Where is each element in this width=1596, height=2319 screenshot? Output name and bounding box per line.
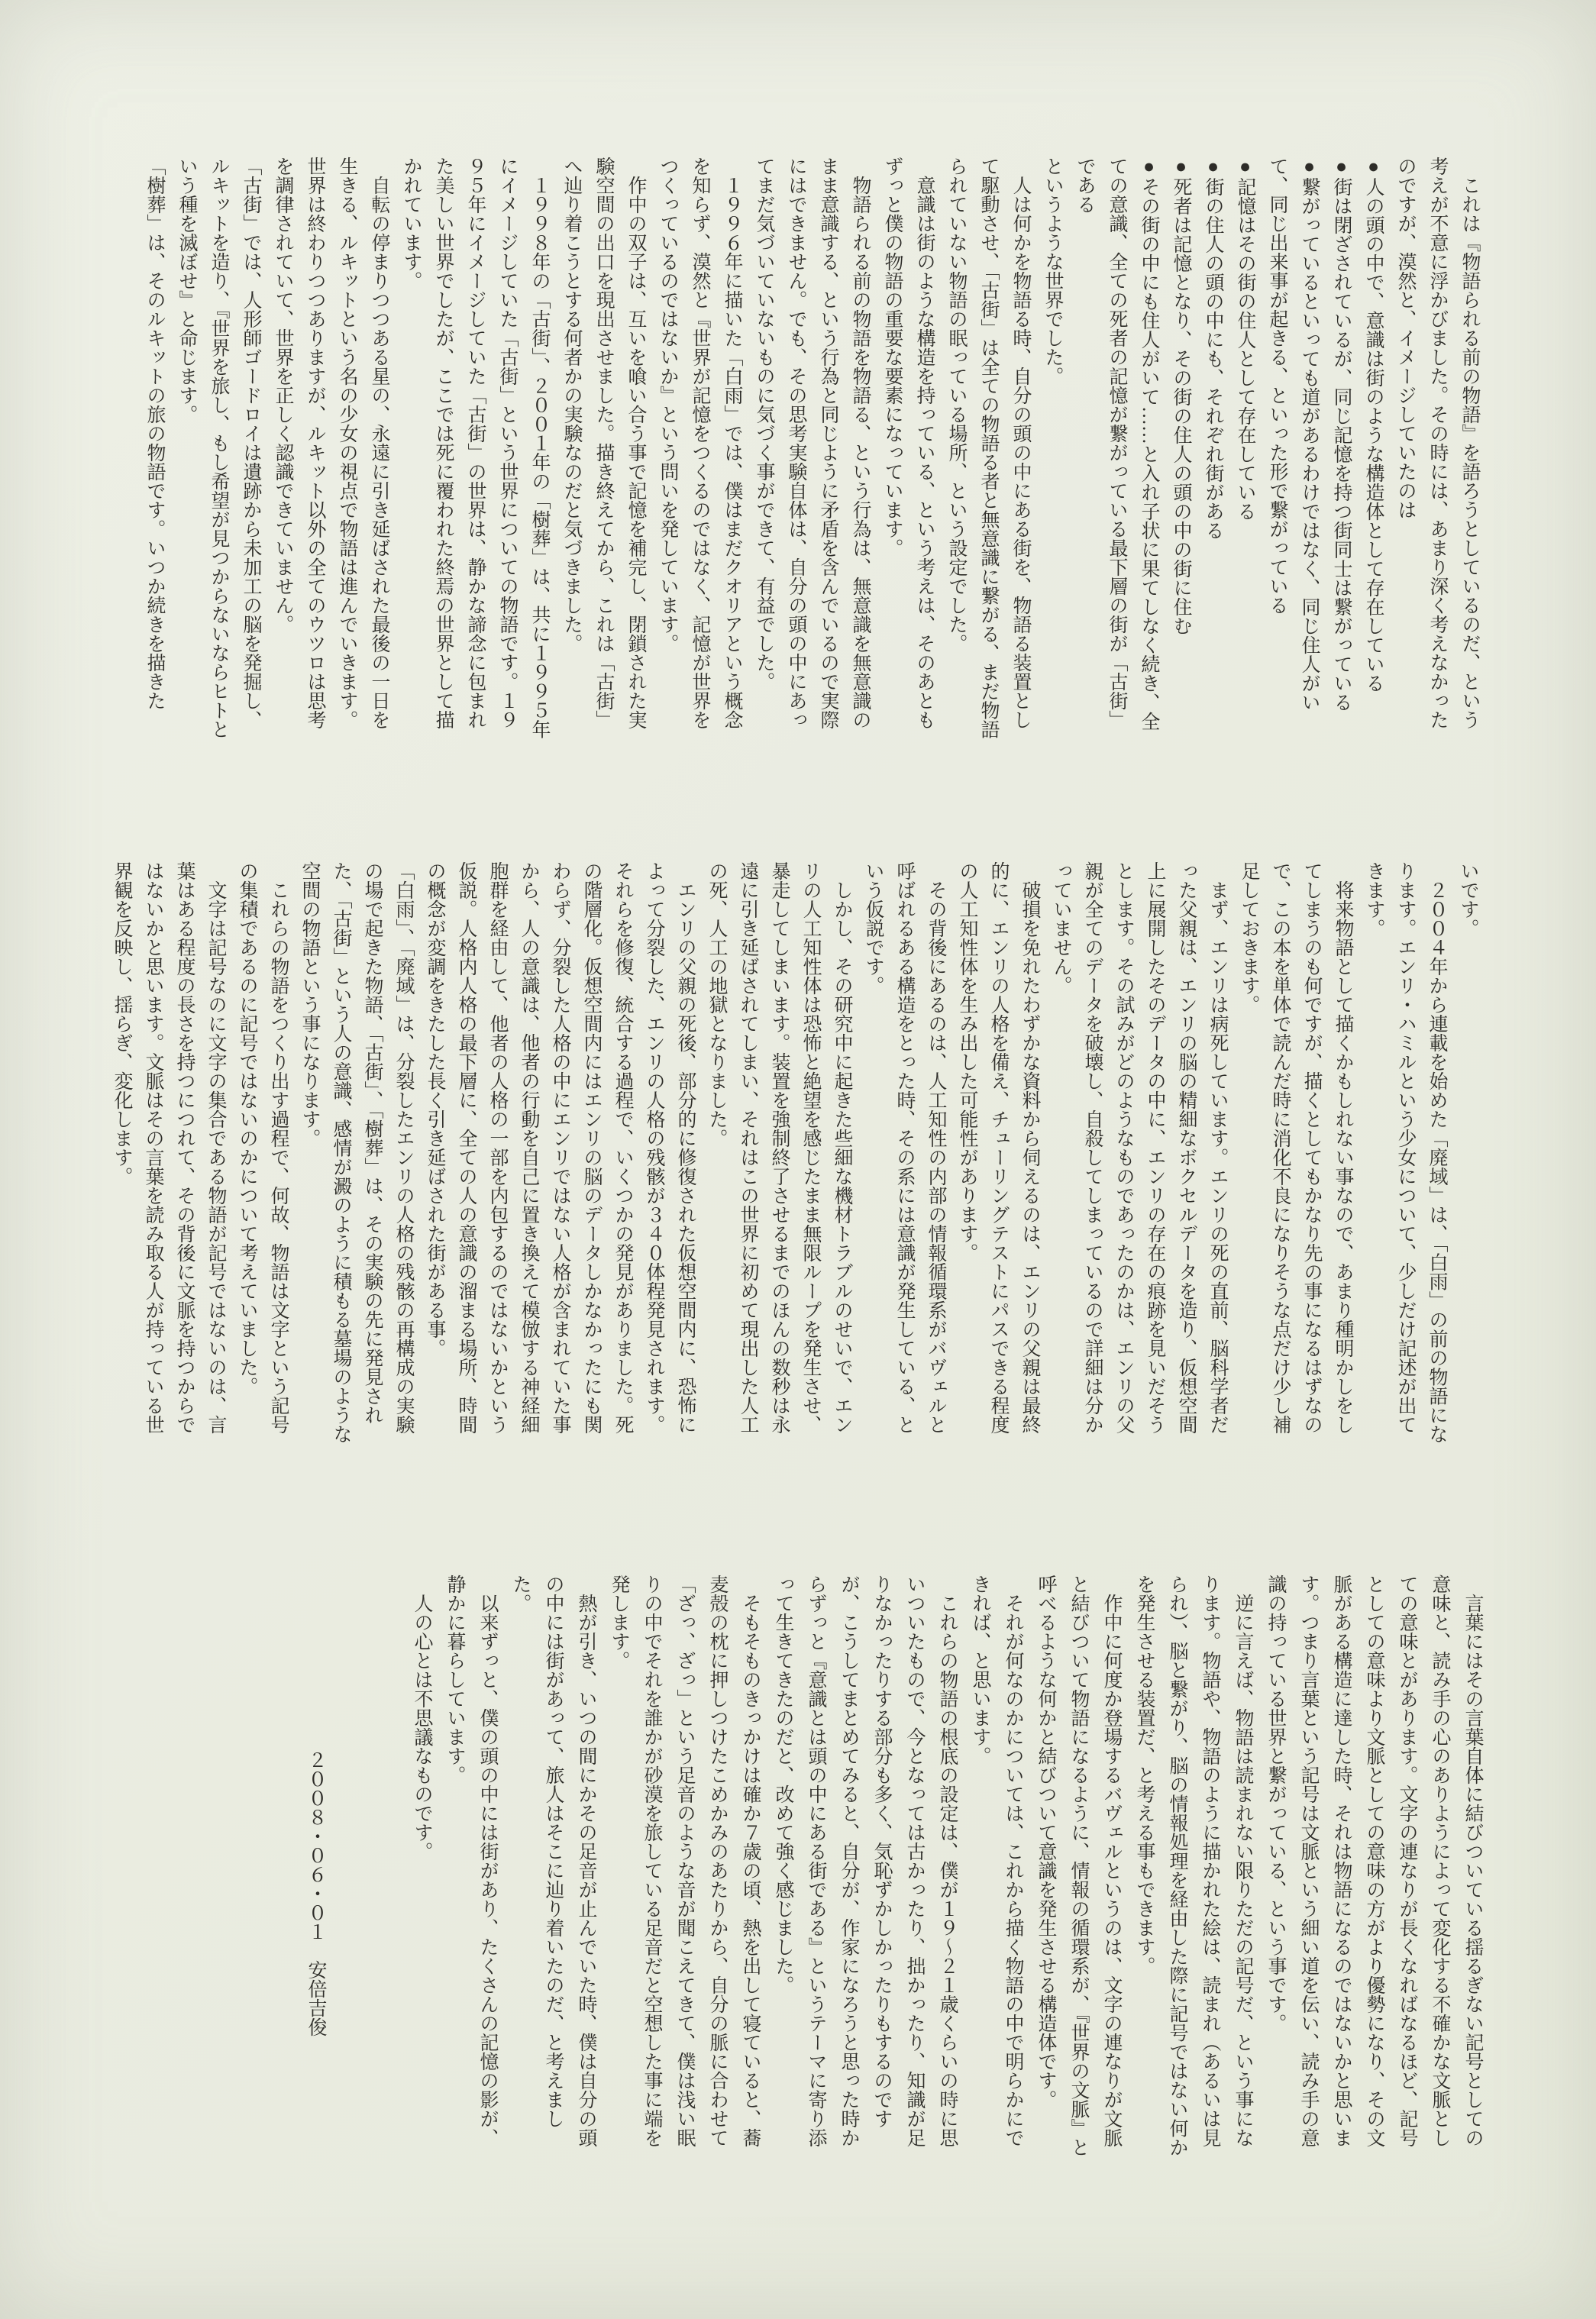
paragraph: これらの物語の根底の設定は、僕が１９～２１歳くらいの時に思いついたもので、今とな… (767, 1575, 964, 2164)
paragraph: これらの物語をつくり出す過程で、何故、物語は文字という記号の集積であるのに記号で… (231, 861, 294, 1448)
paragraph: 文字は記号なのに文字の集合である物語が記号ではないのは、言葉はある程度の長さを持… (106, 861, 231, 1448)
bullet-item: ●街の住人の頭の中にも、それぞれ街がある (1197, 157, 1229, 741)
paragraph: その背後にあるのは、人工知性の内部の情報循環系がバヴェルと呼ばれるある構造をとっ… (858, 861, 951, 1448)
paragraph: 作中に何度か登場するバヴェルというのは、文字の連なりが文脈と結びついて物語になる… (1029, 1575, 1128, 2164)
paragraph: 物語られる前の物語を物語る、という行為は、無意識を無意識のまま意識する、という行… (748, 157, 876, 741)
bullet-item: ●その街の中にも住人がいて……と入れ子状に果てしなく続き、全ての意識、全ての死者… (1068, 157, 1165, 741)
bullet-item: ●繋がっているといっても道があるわけではなく、同じ住人がいて、同じ出来事が起きる… (1261, 157, 1325, 741)
paragraph: 破損を免れたわずかな資料から伺えるのは、エンリの父親は最終的に、エンリの人格を備… (951, 861, 1045, 1448)
bullet-item: ●街は閉ざされているが、同じ記憶を持つ街同士は繋がっている (1325, 157, 1357, 741)
text-section-bottom: 言葉にはその言葉自体に結びついている揺るぎない記号としての意味と、読み手の心のあ… (299, 1575, 1489, 2164)
paragraph: これは『物語られる前の物語』を語ろうとしているのだ、という考えが不意に浮かびまし… (1389, 157, 1485, 741)
paragraph: 人は何かを物語る時、自分の頭の中にある街を、物語る装置として駆動させ、「古街」は… (940, 157, 1036, 741)
bullet-item: ●死者は記憶となり、その街の住人の頭の中の街に住む (1165, 157, 1197, 741)
text-section-middle: いです。２００４年から連載を始めた「廃域」は、「白雨」の前の物語になります。エン… (106, 861, 1484, 1448)
paragraph: 逆に言えば、物語は読まれない限りただの記号だ、という事になります。物語や、物語の… (1128, 1575, 1259, 2164)
paragraph: いです。 (1452, 861, 1484, 1448)
paragraph: 将来物語として描くかもしれない事なので、あまり種明かしをしてしまうのも何ですが、… (1233, 861, 1359, 1448)
scanned-document-page: これは『物語られる前の物語』を語ろうとしているのだ、という考えが不意に浮かびまし… (0, 0, 1596, 2319)
text-section-top: これは『物語られる前の物語』を語ろうとしているのだ、という考えが不意に浮かびまし… (138, 157, 1485, 741)
paragraph: １９９６年に描いた「白雨」では、僕はまだクオリアという概念を知らず、漠然と『世界… (651, 157, 748, 741)
paragraph: しかし、その研究中に起きた些細な機材トラブルのせいで、エンリの人工知性体は恐怖と… (701, 861, 858, 1448)
paragraph: 言葉にはその言葉自体に結びついている揺るぎない記号としての意味と、読み手の心のあ… (1259, 1575, 1489, 2164)
paragraph: そもそものきっかけは確か７歳の頃、熱を出して寝ていると、蕎麦殻の枕に押しつけたこ… (603, 1575, 767, 2164)
paragraph: それが何なのかについては、これから描く物語の中で明らかにできれば、と思います。 (964, 1575, 1029, 2164)
paragraph: エンリの父親の死後、部分的に修復された仮想空間内に、恐怖によって分裂した、エンリ… (419, 861, 701, 1448)
paragraph: 熱が引き、いつの間にかその足音が止んでいた時、僕は自分の頭の中には街があって、旅… (504, 1575, 603, 2164)
paragraph: まず、エンリは病死しています。エンリの死の直前、脳科学者だった父親は、エンリの脳… (1045, 861, 1233, 1448)
paragraph: 「白雨」、「廃域」は、分裂したエンリの人格の残骸の再構成の実験の場で起きた物語、… (294, 861, 419, 1448)
paragraph: 「古街」では、人形師ゴードロイは遺跡から未加工の脳を発掘し、ルキットを造り、『世… (170, 157, 267, 741)
paragraph: 意識は街のような構造を持っている、という考えは、そのあともずっと僕の物語の重要な… (876, 157, 940, 741)
paragraph: 以来ずっと、僕の頭の中には街があり、たくさんの記憶の影が、静かに暮らしています。 (438, 1575, 504, 2164)
bullet-item: ●人の頭の中で、意識は街のような構造体として存在している (1357, 157, 1389, 741)
paragraph: 自転の停まりつつある星の、永遠に引き延ばされた最後の一日を生きる、ルキットという… (267, 157, 395, 741)
paragraph: 人の心とは不思議なものです。 (405, 1575, 438, 2164)
bullet-item: ●記憶はその街の住人として存在している (1229, 157, 1261, 741)
paragraph: ２００４年から連載を始めた「廃域」は、「白雨」の前の物語になります。エンリ・ハミ… (1359, 861, 1452, 1448)
paragraph: というような世界でした。 (1036, 157, 1068, 741)
paragraph: １９９８年の「古街」、２００１年の「樹葬」は、共に１９９５年にイメージしていた「… (395, 157, 555, 741)
signature-line: ２００８・０６・０１ 安倍吉俊 (299, 1575, 332, 2164)
paragraph: 作中の双子は、互いを喰い合う事で記憶を補完し、閉鎖された実験空間の出口を現出させ… (555, 157, 651, 741)
paragraph: 「樹葬」は、そのルキットの旅の物語です。いつか続きを描きた (138, 157, 170, 741)
